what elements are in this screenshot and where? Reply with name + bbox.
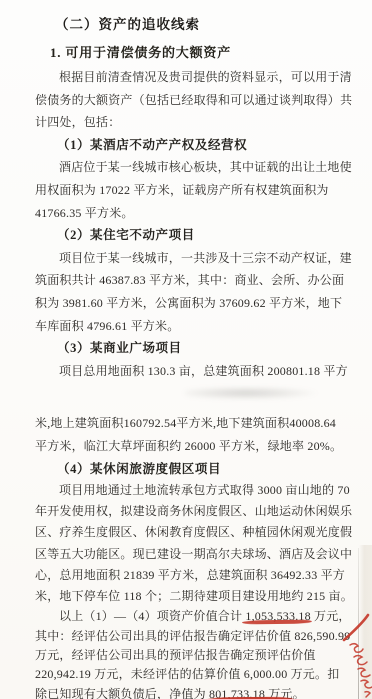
text-line: 其中：经评估公司出具的评估报告确定评估价值 826,590.99 bbox=[35, 627, 346, 646]
red-underlined-value: 1,053,533.18 bbox=[245, 609, 310, 623]
net-value-line: 除已知现有大额负债后，净值为 801,733.18 万元。 bbox=[35, 685, 346, 699]
item-4-heading: （4）某休闲旅游度假区项目 bbox=[35, 458, 346, 481]
text-line: 计四处，包括： bbox=[35, 111, 346, 134]
text-line: 用权面积为 17022 平方米，证载房产所有权建筑面积为 bbox=[35, 179, 346, 202]
item-3-heading: （3）某商业广场项目 bbox=[35, 337, 346, 360]
red-underlined-value: 801,733.18 万元 bbox=[209, 687, 293, 699]
text-line: 偿债务的大额资产（包括已经取得和可以通过谈判取得）共 bbox=[35, 89, 346, 112]
text-line: 米,地上建筑面积160792.54平方米,地下建筑面积40008.64 bbox=[35, 412, 346, 435]
text-segment: 以上（1）—（4）项资产价值合计 bbox=[59, 609, 245, 623]
text-line: 酒店位于某一线城市核心板块，其中证载的出让土地使 bbox=[35, 156, 346, 179]
text-line: 米，地下停车位 118 个；二期待建项目建设用地约 215 亩。 bbox=[35, 586, 346, 607]
section-heading: （二）资产的追收线索 bbox=[35, 10, 346, 40]
text-line: 区、疗养生度假区、休闲教育度假区、种植园休闲观光度假 bbox=[35, 522, 346, 543]
text-line: 项目用地通过土地流转承包方式取得 3000 亩山地的 70 bbox=[35, 480, 346, 501]
scanned-document-page: （二）资产的追收线索1. 可用于清偿债务的大额资产根据目前清查情况及贵司提供的资… bbox=[0, 0, 372, 699]
text-line: 220,942.19 万元，未经评估的估算价值 6,000.00 万元。扣 bbox=[35, 665, 346, 684]
text-line: 年开发使用权，拟建设商务休闲度假区、山地运动休闲娱乐 bbox=[35, 501, 346, 522]
text-line: 根据目前清查情况及贵司提供的资料显示，可以用于清 bbox=[35, 66, 346, 89]
text-line: 项目位于某一线城市，一共涉及十三宗不动产权证，建 bbox=[35, 247, 346, 270]
scan-smudge bbox=[185, 386, 320, 400]
item-1-heading: （1）某酒店不动产产权及经营权 bbox=[35, 134, 346, 157]
text-line: 区等五大功能区。现已建设一期高尔夫球场、酒店及会议中 bbox=[35, 544, 346, 565]
total-value-line: 以上（1）—（4）项资产价值合计 1,053,533.18 万元， bbox=[35, 607, 346, 626]
text-line: 车库面积 4796.61 平方米。 bbox=[35, 315, 346, 338]
item-2-heading: （2）某住宅不动产项目 bbox=[35, 224, 346, 247]
text-line: 筑面积共计 46387.83 平方米，其中：商业、会所、办公面 bbox=[35, 269, 346, 292]
text-line: 万元，经评估公司出具的预评估报告确定预评估价值 bbox=[35, 646, 346, 665]
subsection-heading: 1. 可用于清偿债务的大额资产 bbox=[35, 40, 346, 66]
text-segment: 。 bbox=[293, 687, 305, 699]
text-line: 项目总用地面积 130.3 亩，总建筑面积 200801.18 平方 bbox=[35, 360, 346, 383]
text-line: 心，总用地面积 21839 平方米，总建筑面积 36492.33 平方 bbox=[35, 565, 346, 586]
text-line: 平方米，临江大草坪面积约 26000 平方米，绿地率 20%。 bbox=[35, 435, 346, 458]
text-line: 积为 3981.60 平方米，公寓面积为 37609.62 平方米，地下 bbox=[35, 292, 346, 315]
handwritten-red-annotation bbox=[326, 607, 372, 699]
text-segment: 除已知现有大额负债后，净值为 bbox=[35, 687, 209, 699]
text-line: 41766.35 平方米。 bbox=[35, 202, 346, 225]
document-body: （二）资产的追收线索1. 可用于清偿债务的大额资产根据目前清查情况及贵司提供的资… bbox=[35, 10, 346, 699]
